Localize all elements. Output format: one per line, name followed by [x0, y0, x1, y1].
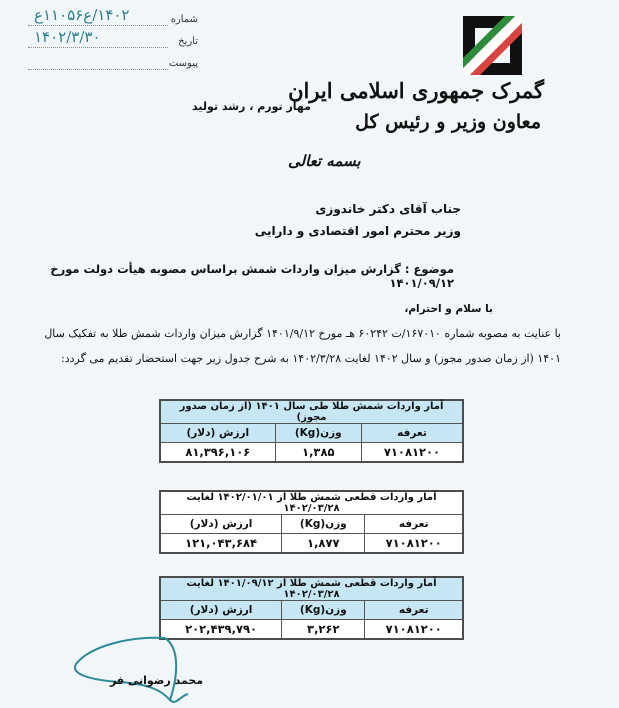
letter-number-label: شماره — [172, 14, 198, 25]
letter-date-field: ۱۴۰۲/۳/۳۰ — [28, 35, 168, 48]
cell-tariff: ۷۱۰۸۱۲۰۰ — [365, 620, 463, 640]
cell-weight: ۱,۳۸۵ — [275, 443, 361, 463]
recipient-name: جناب آقای دکتر خاندوزی — [255, 198, 461, 220]
col-header-tariff: تعرفه — [361, 424, 463, 443]
table-row: ۷۱۰۸۱۲۰۰ ۱,۳۸۵ ۸۱,۳۹۶,۱۰۶ — [160, 443, 463, 463]
greeting: با سلام و احترام، — [404, 303, 493, 315]
office-title: معاون وزیر و رئیس کل — [355, 111, 541, 133]
customs-logo-icon — [455, 8, 530, 83]
gold-imports-table-total: آمار واردات قطعی شمش طلا از ۱۴۰۱/۰۹/۱۲ ل… — [159, 576, 464, 640]
table-row: ۷۱۰۸۱۲۰۰ ۱,۸۷۷ ۱۲۱,۰۴۳,۶۸۴ — [160, 534, 463, 554]
letter-date-label: تاریخ — [172, 36, 198, 47]
table-title: آمار واردات قطعی شمش طلا از ۱۴۰۱/۰۹/۱۲ ل… — [160, 577, 463, 601]
cell-tariff: ۷۱۰۸۱۲۰۰ — [361, 443, 463, 463]
table-row: ۷۱۰۸۱۲۰۰ ۳,۲۶۲ ۲۰۲,۴۳۹,۷۹۰ — [160, 620, 463, 640]
signature-scribble-icon — [70, 636, 192, 708]
col-header-value: ارزش (دلار) — [160, 601, 282, 620]
gold-imports-table-1402: آمار واردات قطعی شمش طلا از ۱۴۰۲/۰۱/۰۱ ل… — [159, 490, 464, 554]
organization-name: گمرک جمهوری اسلامی ایران — [288, 78, 544, 103]
col-header-weight: وزن(Kg) — [282, 515, 365, 534]
col-header-weight: وزن(Kg) — [275, 424, 361, 443]
invocation: بسمه تعالی — [288, 152, 361, 170]
col-header-tariff: تعرفه — [365, 601, 463, 620]
cell-weight: ۳,۲۶۲ — [282, 620, 365, 640]
letter-attachment-label: پیوست — [172, 58, 198, 69]
letter-subject: موضوع : گزارش میزان واردات شمش براساس مص… — [0, 262, 454, 290]
recipient-block: جناب آقای دکتر خاندوزی وزیر محترم امور ا… — [255, 198, 461, 242]
cell-value: ۸۱,۳۹۶,۱۰۶ — [160, 443, 275, 463]
gold-imports-table-1401: آمار واردات شمش طلا طی سال ۱۴۰۱ (از زمان… — [159, 399, 464, 463]
letter-attachment-row: پیوست — [28, 52, 198, 74]
cell-value: ۱۲۱,۰۴۳,۶۸۴ — [160, 534, 282, 554]
cell-tariff: ۷۱۰۸۱۲۰۰ — [365, 534, 463, 554]
table-title: آمار واردات شمش طلا طی سال ۱۴۰۱ (از زمان… — [160, 400, 463, 424]
letter-number-field: ۱۴۰۲/ع۱۱۰۵۶ع — [28, 13, 168, 26]
recipient-title: وزیر محترم امور اقتصادی و دارایی — [255, 220, 461, 242]
letter-date-value: ۱۴۰۲/۳/۳۰ — [34, 28, 101, 46]
col-header-tariff: تعرفه — [365, 515, 463, 534]
slogan: مهار تورم ، رشد تولید — [192, 100, 311, 113]
signer-name: محمد رضوانی فر — [110, 674, 203, 687]
cell-weight: ۱,۸۷۷ — [282, 534, 365, 554]
letter-body: با عنایت به مصوبه شماره ۱۶۷۰۱۰/ت ۶۰۲۴۲ ه… — [41, 321, 561, 371]
table-title: آمار واردات قطعی شمش طلا از ۱۴۰۲/۰۱/۰۱ ل… — [160, 491, 463, 515]
letter-number-value: ۱۴۰۲/ع۱۱۰۵۶ع — [34, 6, 130, 24]
col-header-value: ارزش (دلار) — [160, 424, 275, 443]
col-header-value: ارزش (دلار) — [160, 515, 282, 534]
letter-attachment-field — [28, 57, 168, 70]
col-header-weight: وزن(Kg) — [282, 601, 365, 620]
letter-date-row: تاریخ ۱۴۰۲/۳/۳۰ — [28, 30, 198, 52]
